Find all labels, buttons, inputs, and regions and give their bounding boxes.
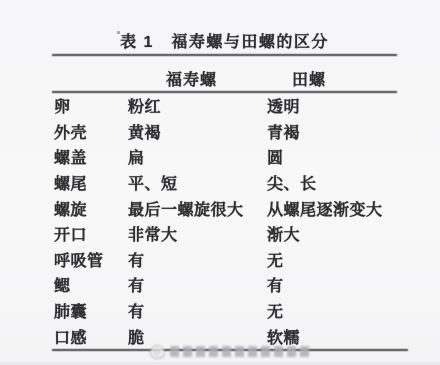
fushouluo-value: 有	[128, 248, 267, 271]
row-label: 口感	[52, 325, 128, 348]
table-body: 卵 粉红 透明 外壳 黄褐 青褐 螺盖 扁 圆 螺尾 平、短 尖、长 螺旋 最后…	[52, 93, 397, 349]
row-label: 开口	[52, 222, 128, 245]
watermark	[150, 342, 312, 361]
tianluo-value: 无	[267, 248, 397, 271]
scanned-table-page: 表 1 福寿螺与田螺的区分 福寿螺 田螺 卵 粉红 透明 外壳 黄褐 青褐 螺盖…	[0, 0, 440, 365]
tianluo-value: 渐大	[267, 222, 397, 245]
tianluo-value: 透明	[267, 94, 397, 117]
tianluo-value: 尖、长	[267, 171, 397, 194]
row-label: 外壳	[52, 120, 128, 143]
fushouluo-value: 粉红	[128, 94, 267, 117]
fushouluo-value: 平、短	[128, 171, 267, 194]
fushouluo-value: 黄褐	[128, 120, 267, 143]
table-title: 表 1 福寿螺与田螺的区分	[52, 29, 397, 52]
tianluo-value: 从螺尾逐渐变大	[267, 197, 397, 220]
row-label: 螺尾	[52, 171, 128, 194]
table-row: 卵 粉红 透明	[52, 93, 397, 119]
table-row: 开口 非常大 渐大	[52, 221, 397, 247]
fushouluo-value: 有	[128, 273, 267, 296]
table-row: 螺旋 最后一螺旋很大 从螺尾逐渐变大	[52, 195, 397, 221]
table-row: 螺盖 扁 圆	[52, 144, 397, 170]
watermark-illegible-text	[170, 346, 312, 357]
fushouluo-value: 最后一螺旋很大	[128, 197, 267, 220]
row-label: 鳃	[52, 273, 128, 296]
row-label: 螺盖	[52, 145, 128, 168]
tianluo-value: 无	[267, 299, 397, 322]
table-header-row: 福寿螺 田螺	[52, 67, 397, 87]
table-row: 肺囊 有 无	[52, 298, 397, 324]
fushouluo-value: 非常大	[128, 222, 267, 245]
column-header-tianluo: 田螺	[292, 67, 326, 90]
tianluo-value: 圆	[267, 145, 397, 168]
table-row: 鳃 有 有	[52, 272, 397, 298]
row-label: 肺囊	[52, 299, 128, 322]
row-label: 螺旋	[52, 197, 128, 220]
row-label: 呼吸管	[52, 248, 128, 271]
tianluo-value: 青褐	[267, 120, 397, 143]
table-row: 螺尾 平、短 尖、长	[52, 170, 397, 196]
top-rule	[52, 54, 397, 56]
fushouluo-value: 扁	[128, 145, 267, 168]
row-label: 卵	[52, 94, 128, 117]
table-row: 外壳 黄褐 青褐	[52, 119, 397, 145]
table-row: 呼吸管 有 无	[52, 247, 397, 273]
weibo-watermark-icon	[150, 345, 165, 359]
fushouluo-value: 有	[128, 299, 267, 322]
column-header-fushouluo: 福寿螺	[166, 67, 217, 90]
tianluo-value: 有	[267, 273, 397, 296]
